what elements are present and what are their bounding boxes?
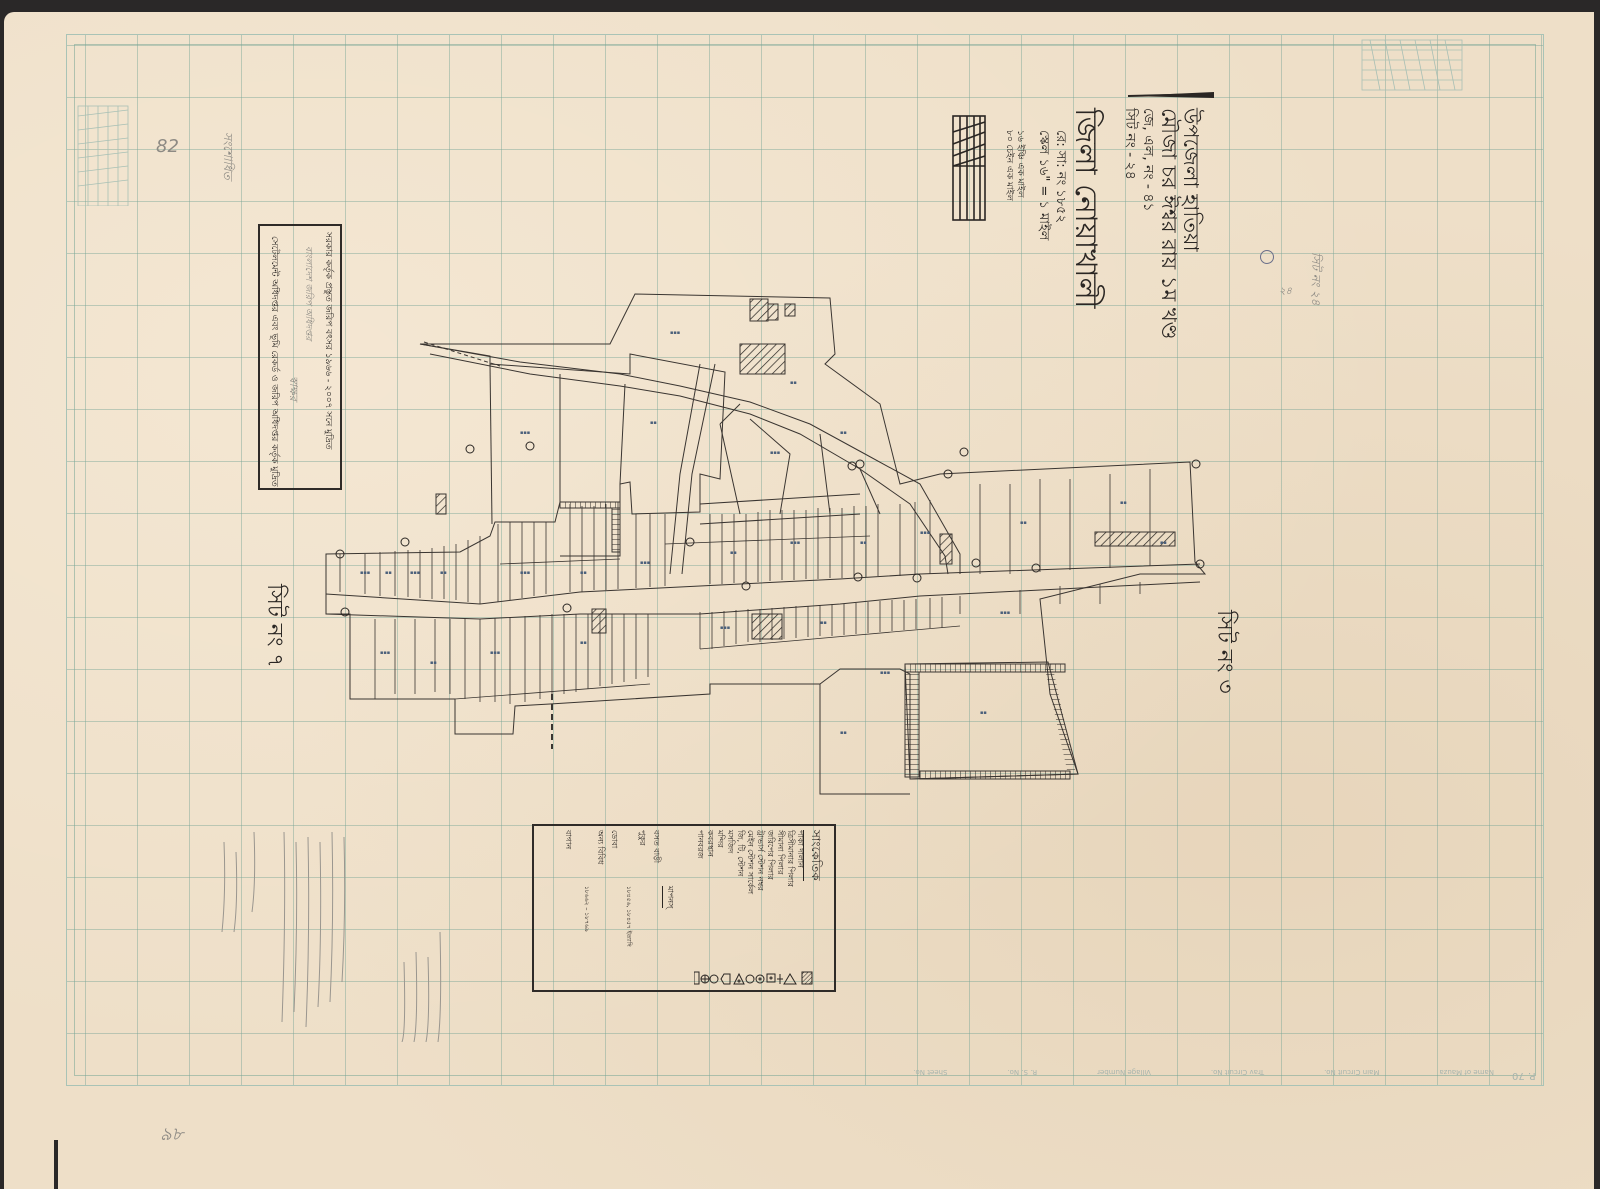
svg-text:▪▪: ▪▪ xyxy=(430,660,437,666)
title-scale-note-2: ৮০ চেইন এক মাইল xyxy=(1002,130,1017,201)
svg-text:▪▪▪: ▪▪▪ xyxy=(520,570,530,576)
scan-edge-bottom-left xyxy=(54,1140,58,1189)
cadastral-plot-map: ▪▪▪▪▪▪▪▪ ▪▪▪▪▪▪▪ ▪▪▪▪▪▪▪▪ ▪▪▪▪▪▪▪ ▪▪▪▪▪▪… xyxy=(320,274,1220,804)
svg-text:▪▪: ▪▪ xyxy=(440,570,447,576)
title-sheet-no: সিট নং - ২৪ xyxy=(1118,108,1142,180)
legend-section-item: পুকুর xyxy=(635,830,648,845)
handwritten-bottom-mark: ৯৮ xyxy=(160,1120,183,1151)
svg-text:▪▪▪: ▪▪▪ xyxy=(880,670,890,676)
svg-text:▪▪▪: ▪▪▪ xyxy=(1000,610,1010,616)
svg-text:▪▪: ▪▪ xyxy=(385,570,392,576)
svg-text:▪▪▪: ▪▪▪ xyxy=(790,540,800,546)
scale-bar xyxy=(950,104,990,224)
svg-text:▪▪: ▪▪ xyxy=(840,730,847,736)
footer-label: Name of Mauza xyxy=(1439,1052,1494,1076)
svg-text:▪▪▪: ▪▪▪ xyxy=(520,430,530,436)
svg-text:▪▪: ▪▪ xyxy=(650,420,657,426)
svg-text:▪▪: ▪▪ xyxy=(820,620,827,626)
svg-text:▪▪▪: ▪▪▪ xyxy=(410,570,420,576)
legend-section-value: ১৮৪৫৬, ১৮৪৫৭ ইত্যাদি xyxy=(623,886,634,947)
printed-scale-grid-right xyxy=(1360,30,1470,100)
handwritten-notes-block xyxy=(184,812,464,1042)
legend-section-value: ১৮৬৬২ – ১৮৭৬৯ xyxy=(581,886,592,932)
legend-title: সাংকেতিক xyxy=(803,830,824,881)
svg-text:▪▪▪: ▪▪▪ xyxy=(770,450,780,456)
footer-label: Village Number xyxy=(1097,1052,1151,1076)
footer-label: Sheet No. xyxy=(913,1052,947,1076)
legend-section-item: বাগান xyxy=(561,830,574,849)
svg-text:▪▪: ▪▪ xyxy=(860,540,867,546)
title-rule xyxy=(1126,86,1216,106)
plate-number: P. 70 xyxy=(1512,1070,1536,1081)
printed-footer: Name of Mauza Main Circuit No. Trav Circ… xyxy=(254,1052,1494,1076)
certification-line-2: বাংলাদেশ জরিপ অধিদপ্তর xyxy=(301,246,316,340)
svg-text:▪▪: ▪▪ xyxy=(980,710,987,716)
svg-text:▪▪: ▪▪ xyxy=(790,380,797,386)
svg-text:▪▪▪: ▪▪▪ xyxy=(360,570,370,576)
scan-edge-right xyxy=(1594,0,1600,1189)
footer-label: Trav Circuit No. xyxy=(1211,1052,1264,1076)
svg-text:▪▪: ▪▪ xyxy=(1160,540,1167,546)
map-sheet: উপজেলা হাতিয়া মৌজা চর ঈশ্বর রায় ১ম খণ্… xyxy=(4,12,1596,1189)
handwritten-note-top-left: সংশোধিত xyxy=(216,132,236,180)
handwritten-circle-label: ২৪ xyxy=(1279,284,1292,301)
svg-text:▪▪▪: ▪▪▪ xyxy=(720,625,730,631)
svg-text:▪▪: ▪▪ xyxy=(730,550,737,556)
svg-text:▪▪: ▪▪ xyxy=(580,570,587,576)
title-scale: স্কেল ১৬" = ১ মাইল xyxy=(1032,130,1053,241)
handwritten-right-note: সিট নং ২৪ xyxy=(1304,252,1324,305)
handwritten-circle xyxy=(1260,250,1274,264)
svg-text:▪▪: ▪▪ xyxy=(840,430,847,436)
svg-text:▪▪▪: ▪▪▪ xyxy=(640,560,650,566)
legend-symbols xyxy=(694,946,814,986)
legend-section-item: বসত বাড়ী xyxy=(649,830,662,863)
footer-label: Main Circuit No. xyxy=(1324,1052,1379,1076)
printed-scale-grid-left xyxy=(76,96,136,206)
svg-text:▪▪▪: ▪▪▪ xyxy=(490,650,500,656)
legend-item: পানবরজ xyxy=(693,830,706,859)
svg-text:▪▪: ▪▪ xyxy=(1120,500,1127,506)
svg-text:▪▪▪: ▪▪▪ xyxy=(920,530,930,536)
svg-text:▪▪▪: ▪▪▪ xyxy=(670,330,680,336)
legend-box: সাংকেতিক পাকা দালান ত্রিসীমানার পিলার সী… xyxy=(532,824,836,992)
svg-text:▪▪: ▪▪ xyxy=(580,640,587,646)
adjacent-sheet-left: সিট নং ৭ xyxy=(255,584,292,668)
certification-line-3: সেটেলমেন্ট অধিদপ্তর এবং ভূমি রেকর্ড ও জর… xyxy=(267,236,282,487)
footer-label: R. S. No. xyxy=(1007,1052,1037,1076)
certification-signature: স্বাক্ষর xyxy=(283,376,302,401)
handwritten-number: 82 xyxy=(156,136,179,157)
svg-text:▪▪▪: ▪▪▪ xyxy=(380,650,390,656)
svg-text:▪▪: ▪▪ xyxy=(1020,520,1027,526)
legend-section-item: অন্য বিবিধ xyxy=(593,830,606,865)
legend-section-item: ডোবা xyxy=(607,830,620,848)
legend-section-2-title: মাপনস্ xyxy=(662,886,676,908)
